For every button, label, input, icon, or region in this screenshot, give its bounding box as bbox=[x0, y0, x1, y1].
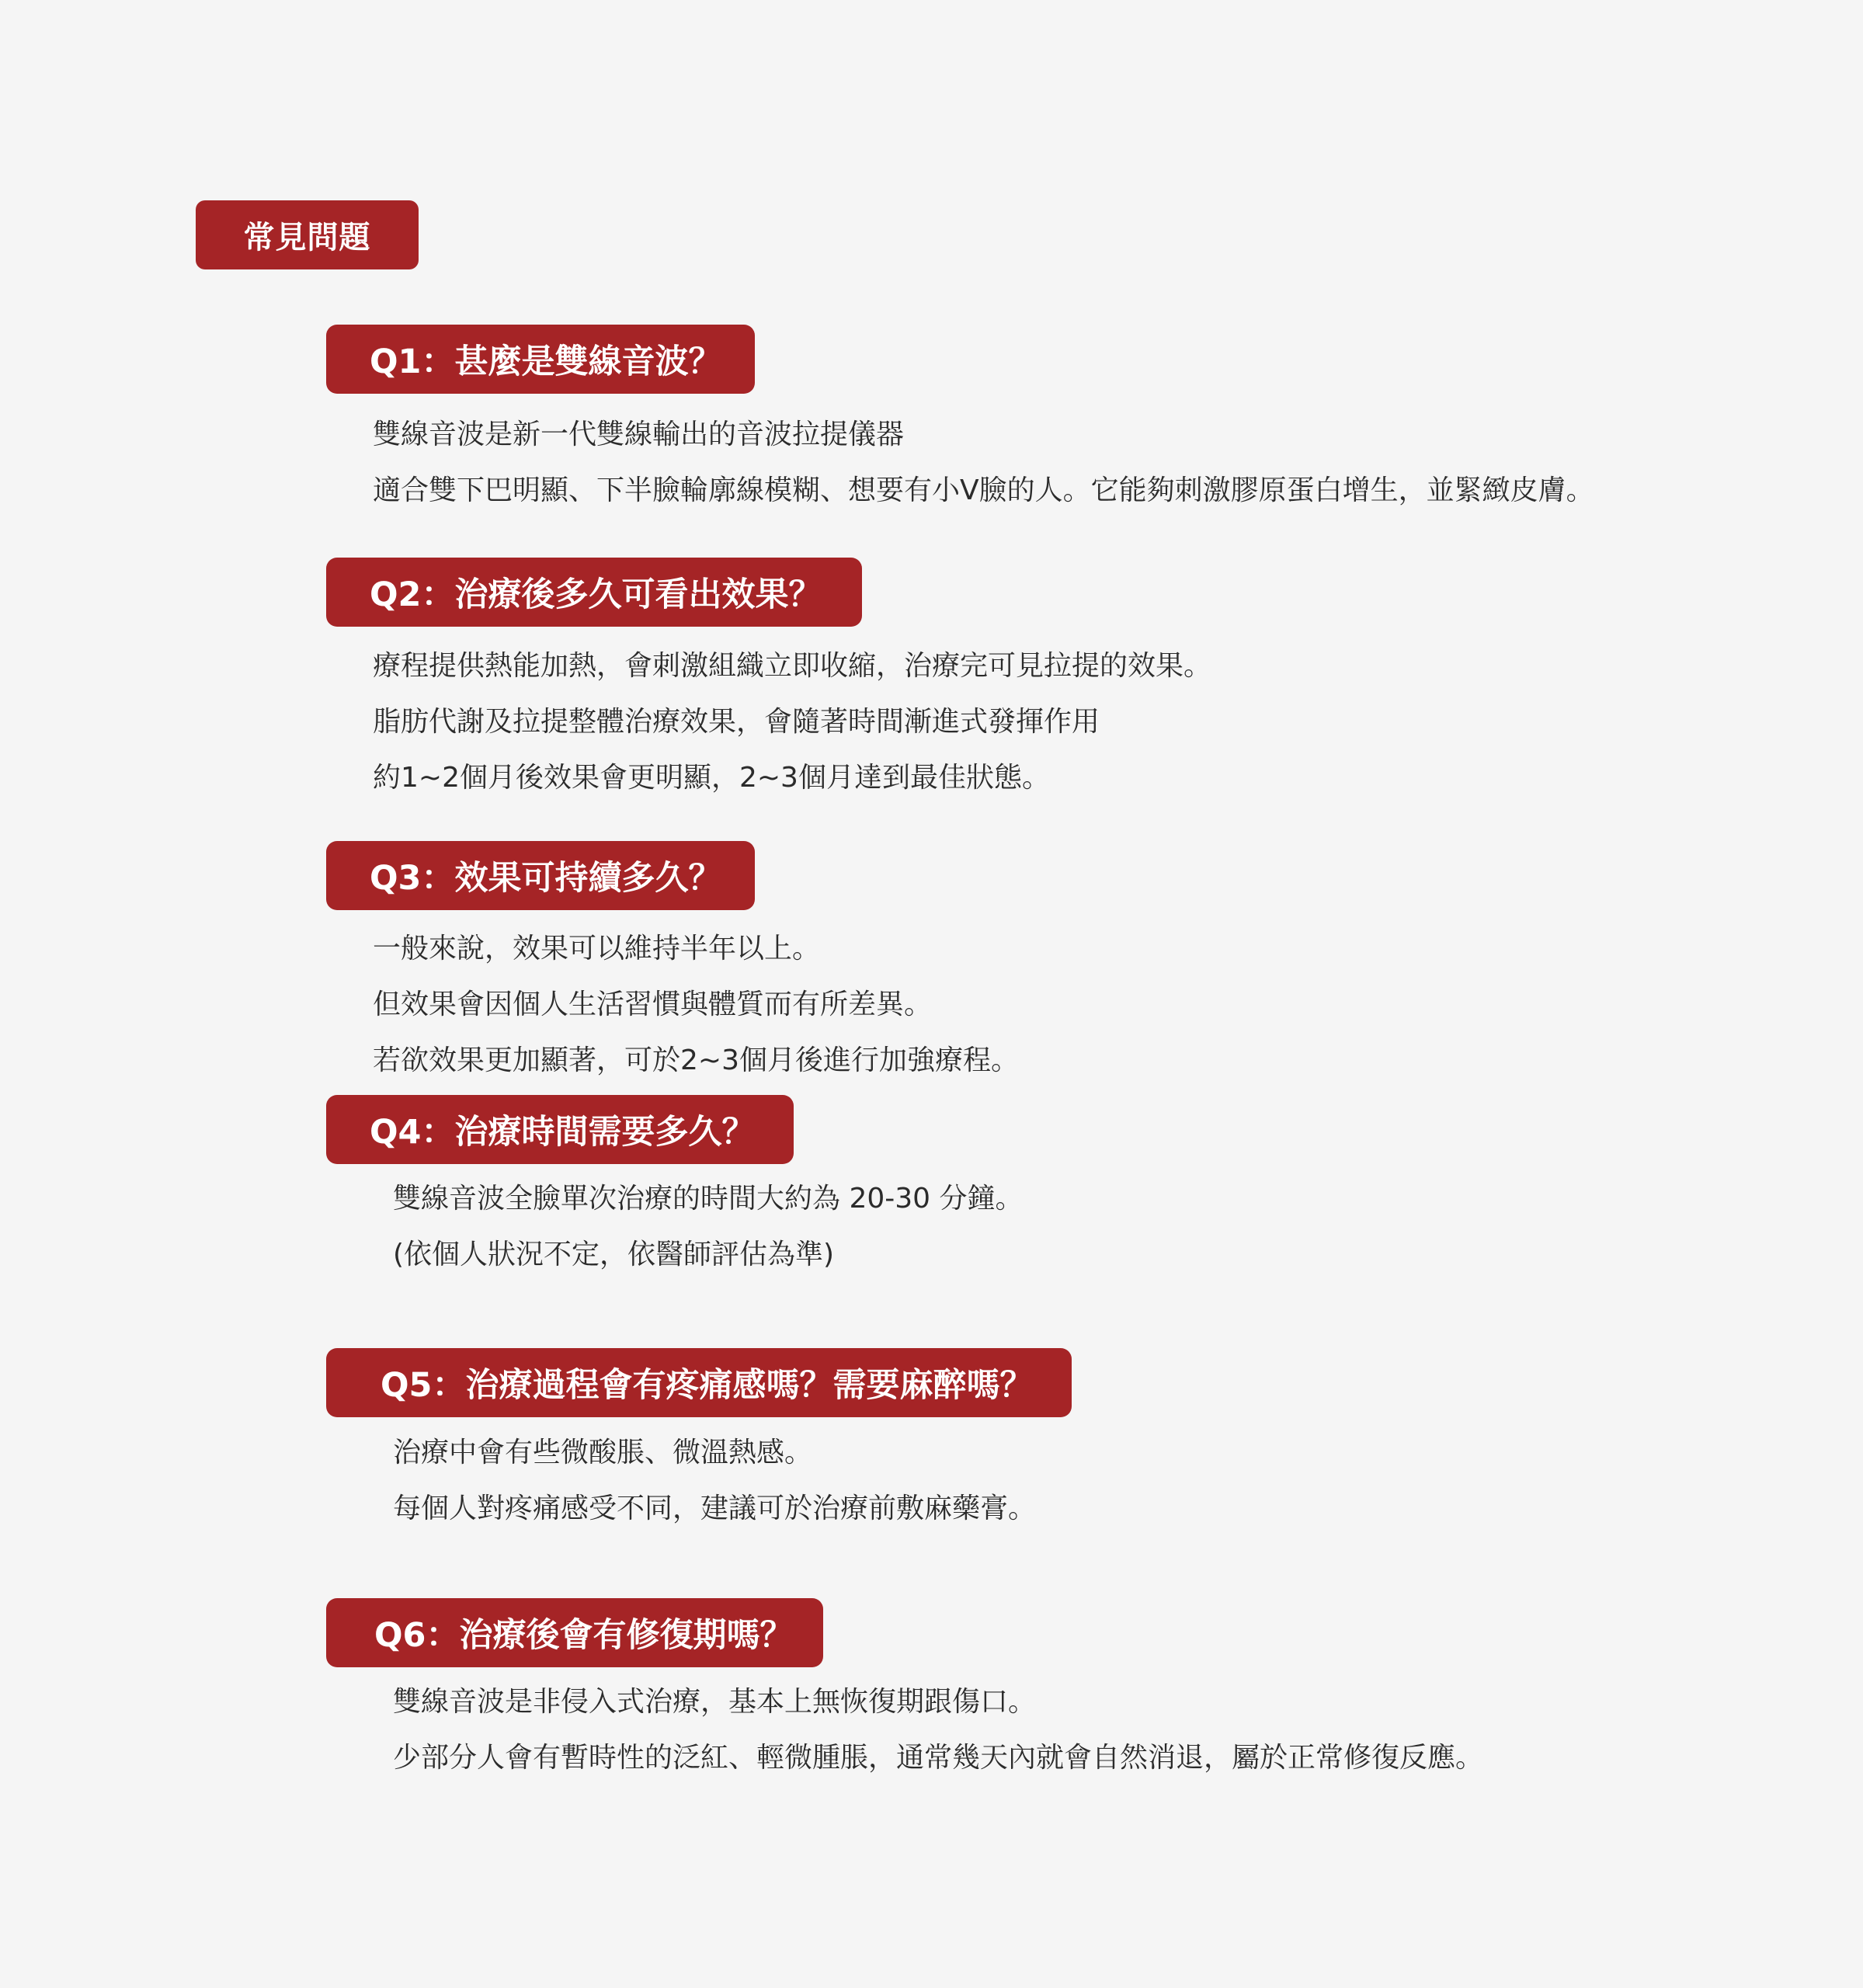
answer-line: 雙線音波全臉單次治療的時間大約為 20-30 分鐘。 bbox=[393, 1171, 1024, 1227]
answer-line: 療程提供熱能加熱，會刺激組織立即收縮，治療完可見拉提的效果。 bbox=[373, 638, 1211, 694]
answer-line: 雙線音波是新一代雙線輸出的音波拉提儀器 bbox=[373, 407, 1594, 463]
answer-line: 若欲效果更加顯著，可於2~3個月後進行加強療程。 bbox=[373, 1033, 1019, 1089]
faq-answer-5: 治療中會有些微酸脹、微溫熱感。 每個人對疼痛感受不同，建議可於治療前敷麻藥膏。 bbox=[393, 1425, 1036, 1537]
answer-line: 約1~2個月後效果會更明顯，2~3個月達到最佳狀態。 bbox=[373, 750, 1211, 806]
answer-line: 雙線音波是非侵入式治療，基本上無恢復期跟傷口。 bbox=[393, 1674, 1483, 1730]
faq-answer-2: 療程提供熱能加熱，會刺激組織立即收縮，治療完可見拉提的效果。 脂肪代謝及拉提整體… bbox=[373, 638, 1211, 806]
faq-title-badge: 常見問題 bbox=[196, 200, 419, 269]
faq-question-6: Q6：治療後會有修復期嗎？ bbox=[326, 1598, 823, 1667]
answer-line: 但效果會因個人生活習慣與體質而有所差異。 bbox=[373, 977, 1019, 1033]
faq-question-2: Q2：治療後多久可看出效果？ bbox=[326, 558, 862, 627]
answer-line: 每個人對疼痛感受不同，建議可於治療前敷麻藥膏。 bbox=[393, 1481, 1036, 1537]
answer-line: 少部分人會有暫時性的泛紅、輕微腫脹，通常幾天內就會自然消退，屬於正常修復反應。 bbox=[393, 1730, 1483, 1786]
answer-line: 脂肪代謝及拉提整體治療效果，會隨著時間漸進式發揮作用 bbox=[373, 694, 1211, 750]
faq-question-4: Q4：治療時間需要多久？ bbox=[326, 1095, 794, 1164]
faq-answer-4: 雙線音波全臉單次治療的時間大約為 20-30 分鐘。 (依個人狀況不定，依醫師評… bbox=[393, 1171, 1024, 1283]
answer-line: 適合雙下巴明顯、下半臉輪廓線模糊、想要有小V臉的人。它能夠刺激膠原蛋白增生，並緊… bbox=[373, 463, 1594, 519]
faq-question-5: Q5：治療過程會有疼痛感嗎？需要麻醉嗎？ bbox=[326, 1348, 1072, 1417]
faq-question-3: Q3：效果可持續多久？ bbox=[326, 841, 755, 910]
faq-question-1: Q1：甚麼是雙線音波？ bbox=[326, 325, 755, 394]
faq-answer-1: 雙線音波是新一代雙線輸出的音波拉提儀器 適合雙下巴明顯、下半臉輪廓線模糊、想要有… bbox=[373, 407, 1594, 519]
answer-line: 一般來說，效果可以維持半年以上。 bbox=[373, 921, 1019, 977]
faq-answer-6: 雙線音波是非侵入式治療，基本上無恢復期跟傷口。 少部分人會有暫時性的泛紅、輕微腫… bbox=[393, 1674, 1483, 1786]
faq-answer-3: 一般來說，效果可以維持半年以上。 但效果會因個人生活習慣與體質而有所差異。 若欲… bbox=[373, 921, 1019, 1089]
answer-line: (依個人狀況不定，依醫師評估為準) bbox=[393, 1227, 1024, 1283]
answer-line: 治療中會有些微酸脹、微溫熱感。 bbox=[393, 1425, 1036, 1481]
